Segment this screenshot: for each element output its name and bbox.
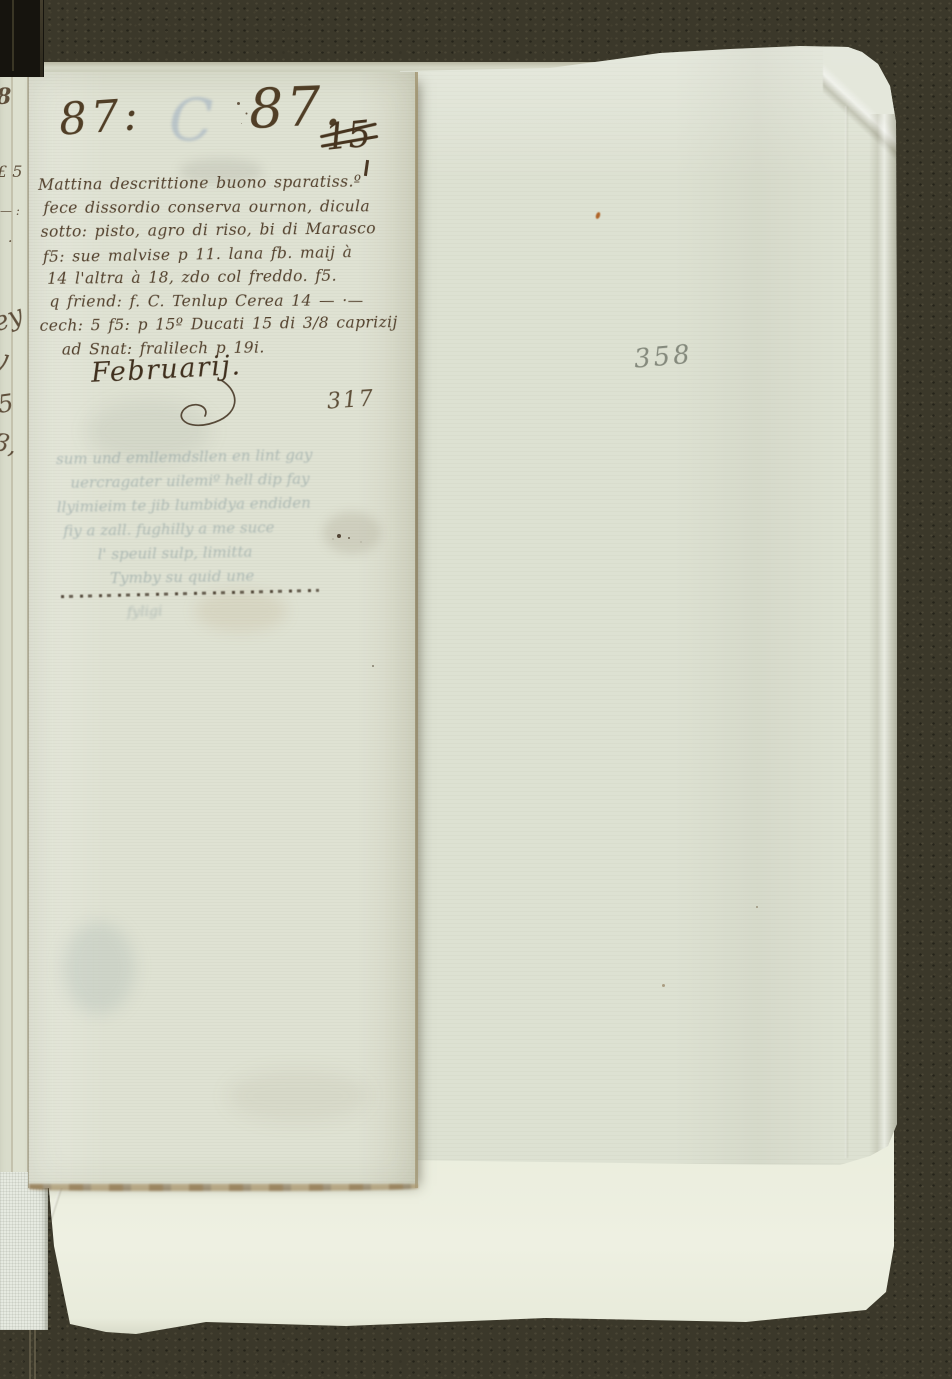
handwritten-page: 87: C 87. 15 Mattina descrittione buono …: [28, 72, 416, 1188]
handwriting-line: fece dissordio conserva ournon, dicula: [43, 195, 404, 220]
marginal-ink-fragment: y: [0, 341, 11, 378]
faint-stain: [227, 1070, 369, 1122]
heading-flourish: [125, 378, 275, 434]
marginal-ink-fragment: £ 5: [0, 162, 22, 181]
handwriting-block: Mattina descrittione buono sparatiss.º f…: [38, 170, 406, 362]
marginal-ink-fragment: 5: [0, 389, 15, 419]
vertical-fold-crease: [845, 106, 848, 1158]
handwriting-line: cech: 5 f5: p 15º Ducati 15 di 3/8 capri…: [40, 311, 406, 338]
binding-cords: [27, 1322, 39, 1379]
left-margin-leaf-edges: 8 £ 5 — : · ey y 5 3,: [0, 62, 30, 1172]
ink-speck: [595, 212, 601, 220]
marginal-ink-fragment: 3,: [0, 428, 20, 460]
folio-number-87: 87:: [57, 89, 143, 146]
marginal-ink-fragment: 8: [0, 84, 11, 110]
marginal-ink-fragment: — :: [0, 204, 20, 218]
showthrough-line: Tymby su quid une: [110, 561, 410, 590]
blue-grey-stain: [63, 922, 135, 1014]
marginal-ink-fragment: ey: [0, 300, 27, 338]
showthrough-tail: fyligi: [127, 603, 163, 620]
handwriting-line: q friend: f. C. Tenlup Cerea 14 — ·—: [49, 289, 405, 314]
handwriting-line: f5: sue malvise p 11. lana fb. maij à: [43, 240, 405, 269]
warm-stain: [195, 590, 287, 632]
handwriting-line: Mattina descrittione buono sparatiss.º: [38, 170, 404, 197]
ink-dots: [237, 102, 240, 105]
ink-speck: [756, 906, 758, 908]
book-spine: [0, 0, 44, 77]
ink-showthrough-block: sum und emllemdsllen en lint gay uercrag…: [56, 441, 410, 591]
ink-speck: [662, 984, 665, 987]
marginal-ink-fragment: ·: [8, 234, 12, 250]
pencil-folio-317: 317: [326, 386, 376, 414]
pencil-folio-358: 358: [633, 340, 694, 375]
struck-through-number-15: 15: [323, 114, 373, 160]
faint-blue-stamp-c: C: [169, 86, 213, 154]
facing-blank-page: 358: [400, 44, 897, 1168]
